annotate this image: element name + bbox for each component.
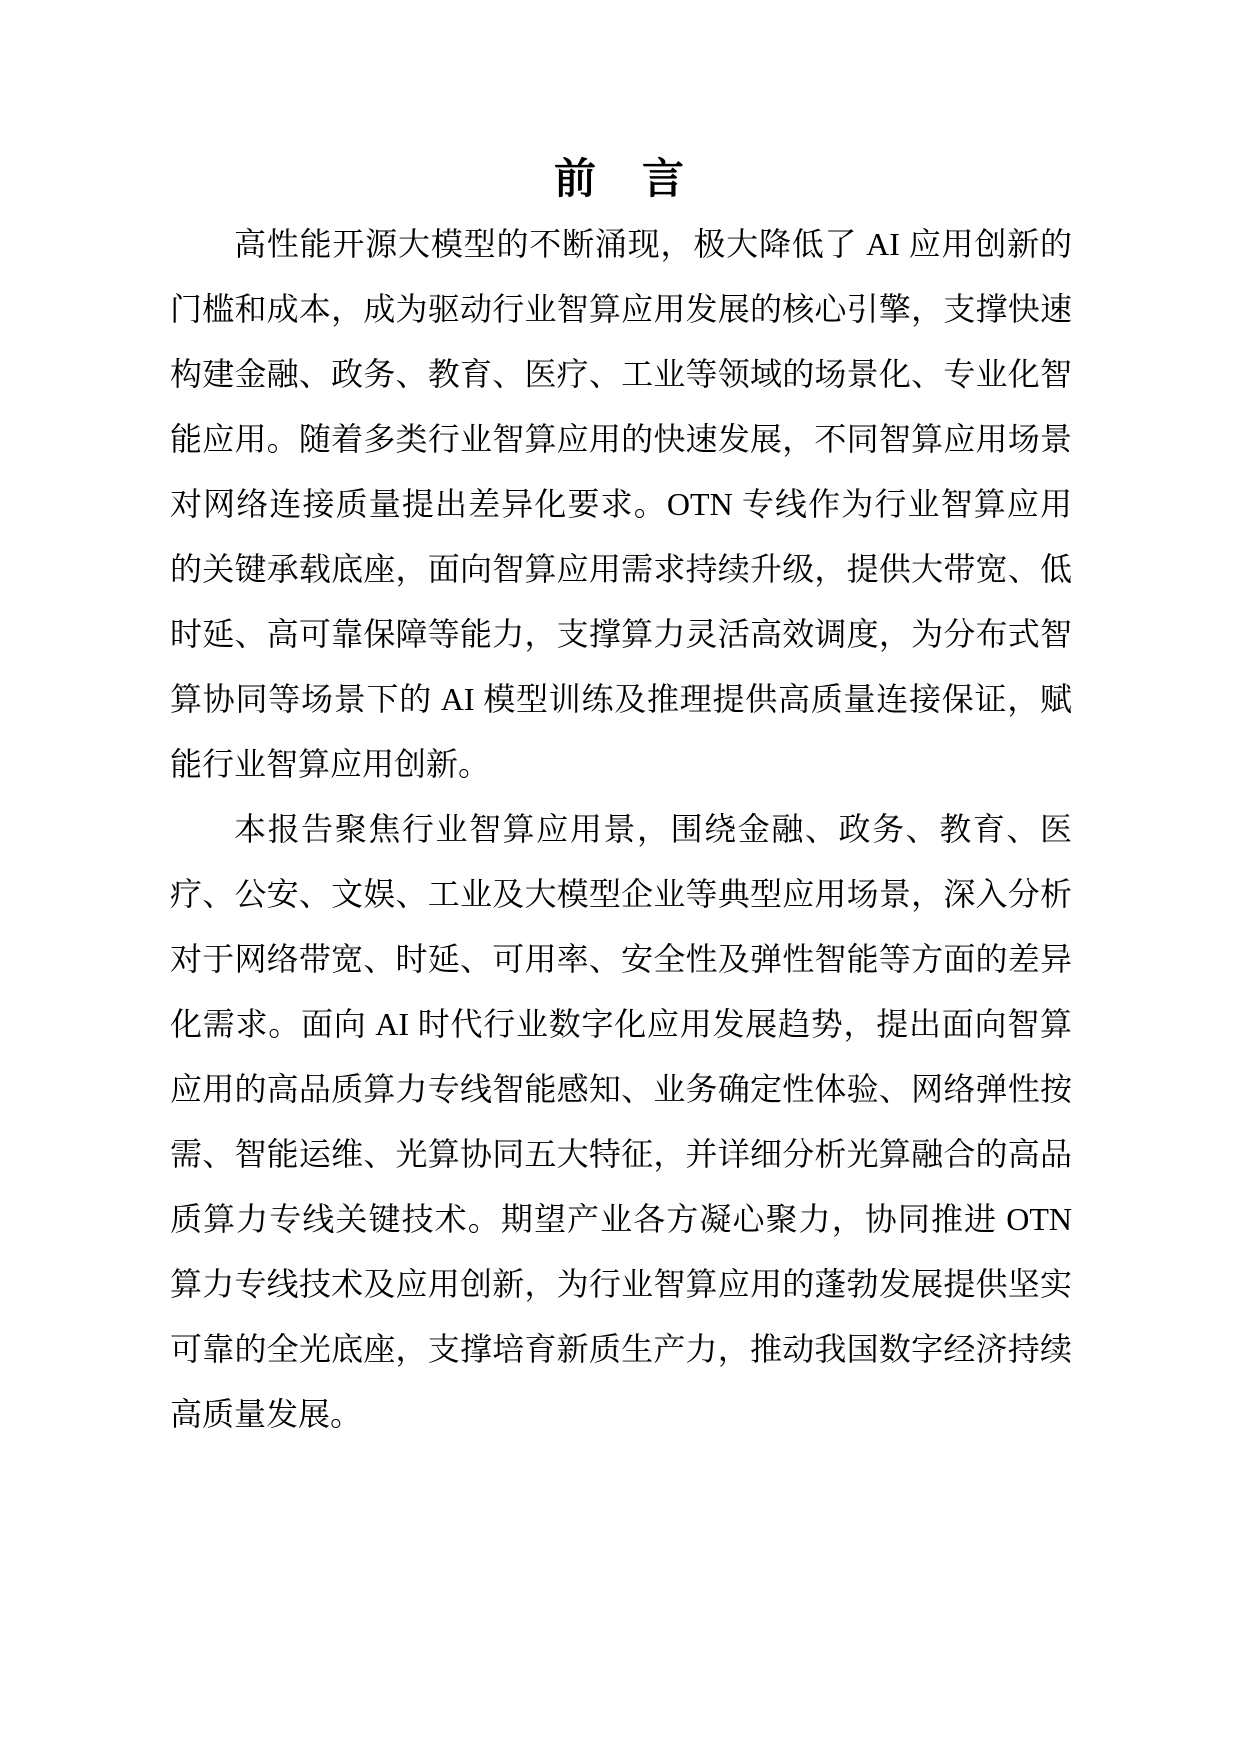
preface-paragraph-1: 高性能开源大模型的不断涌现，极大降低了 AI 应用创新的门槛和成本，成为驱动行业…	[170, 212, 1072, 797]
document-body: 高性能开源大模型的不断涌现，极大降低了 AI 应用创新的门槛和成本，成为驱动行业…	[0, 212, 1240, 1447]
page-title: 前 言	[0, 0, 1240, 202]
preface-paragraph-2: 本报告聚焦行业智算应用景，围绕金融、政务、教育、医疗、公安、文娱、工业及大模型企…	[170, 797, 1072, 1447]
document-page: 前 言 高性能开源大模型的不断涌现，极大降低了 AI 应用创新的门槛和成本，成为…	[0, 0, 1240, 1754]
